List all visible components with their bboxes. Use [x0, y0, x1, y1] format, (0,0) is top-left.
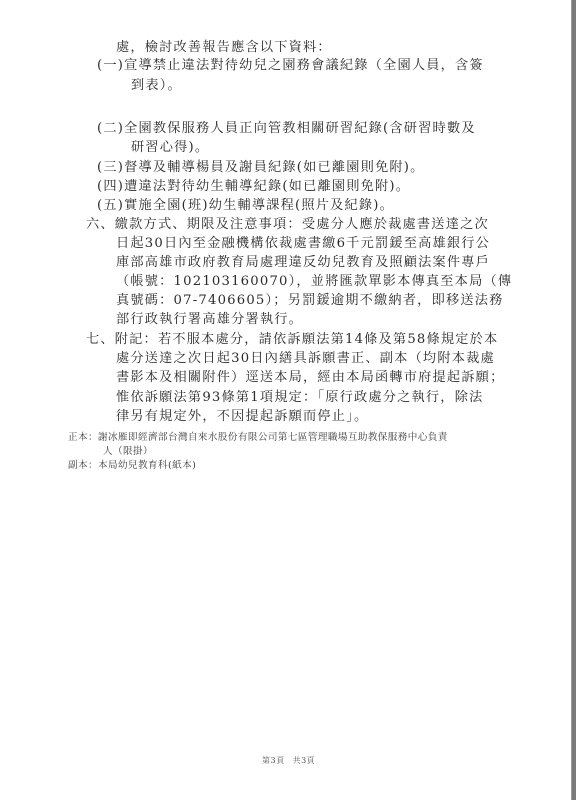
list-item-2: (二)全園教保服務人員正向管教相關研習紀錄(含研習時數及: [97, 120, 476, 138]
original-text: 謝冰雁即經濟部台灣自來水股份有限公司第七區管理職場互助教保服務中心負責: [98, 432, 448, 443]
list-item-1: (一)宣導禁止違法對待幼兒之園務會議紀錄（全園人員，含簽: [97, 57, 484, 75]
section-7: 七、附記：若不服本處分，請依訴願法第14條及第58條規定於本: [86, 331, 498, 349]
item-label: (二): [97, 121, 124, 136]
section-text: 繳款方式、期限及注意事項：受處分人應於裁處書送達之次: [115, 217, 489, 232]
section-7-line-2: 處分送達之次日起30日內繕具訴願書正、副本（均附本裁處: [116, 350, 495, 368]
page-total: 共3頁: [293, 756, 316, 765]
copy-text: 本局幼兒教育科(紙本): [98, 460, 196, 471]
list-item-2-cont: 研習心得)。: [131, 139, 209, 157]
item-text: 督導及輔導楊員及謝員紀錄(如已離園則免附)。: [124, 160, 424, 175]
item-label: (四): [97, 179, 124, 194]
item-text: 遭違法對待幼生輔導紀錄(如已離園則免附)。: [124, 179, 410, 194]
page-footer: 第3頁共3頁: [262, 755, 323, 766]
list-item-1-cont: 到表）。: [131, 77, 182, 95]
section-7-line-5: 律另有規定外，不因提起訴願而停止」。: [116, 408, 368, 426]
copy-label: 副本：: [68, 460, 98, 471]
original-recipient: 正本：謝冰雁即經濟部台灣自來水股份有限公司第七區管理職場互助教保服務中心負責: [68, 431, 448, 445]
section-7-line-3: 書影本及相關附件）逕送本局，經由本局函轉市府提起訴願；: [116, 369, 504, 387]
document-page: 處，檢討改善報告應含以下資料： (一)宣導禁止違法對待幼兒之園務會議紀錄（全園人…: [0, 0, 572, 800]
section-label: 七、: [86, 332, 115, 347]
item-label: (五): [97, 198, 124, 213]
list-item-3: (三)督導及輔導楊員及謝員紀錄(如已離園則免附)。: [97, 159, 425, 177]
original-recipient-cont: 人（限掛）: [103, 445, 153, 459]
section-6-line-4: （帳號：102103160070），並將匯款單影本傳真至本局（傳: [116, 273, 512, 291]
section-6-line-5: 真號碼：07-7406605）；另罰鍰逾期不繳納者，即移送法務: [116, 292, 504, 310]
copy-recipient: 副本：本局幼兒教育科(紙本): [68, 459, 196, 473]
list-item-4: (四)遭違法對待幼生輔導紀錄(如已離園則免附)。: [97, 178, 410, 196]
item-text: 實施全園(班)幼生輔導課程(照片及紀錄)。: [124, 198, 394, 213]
page-current: 第3頁: [262, 756, 285, 765]
viewer-edge-border: [571, 0, 576, 800]
section-6-line-6: 部行政執行署高雄分署執行。: [116, 311, 303, 329]
intro-line: 處，檢討改善報告應含以下資料：: [116, 39, 332, 57]
item-label: (一): [97, 58, 124, 73]
list-item-5: (五)實施全園(班)幼生輔導課程(照片及紀錄)。: [97, 197, 394, 215]
section-7-line-4: 惟依訴願法第93條第1項規定：「原行政處分之執行，除法: [116, 389, 483, 407]
original-label: 正本：: [68, 432, 98, 443]
item-text: 全園教保服務人員正向管教相關研習紀錄(含研習時數及: [124, 121, 476, 136]
section-6-line-3: 庫部高雄市政府教育局處理違反幼兒教育及照顧法案件專戶: [116, 254, 490, 272]
section-6-line-2: 日起30日內至金融機構依裁處書繳6千元罰鍰至高雄銀行公: [116, 235, 490, 253]
section-label: 六、: [86, 217, 115, 232]
section-text: 附記：若不服本處分，請依訴願法第14條及第58條規定於本: [115, 332, 499, 347]
item-text: 宣導禁止違法對待幼兒之園務會議紀錄（全園人員，含簽: [124, 58, 484, 73]
item-label: (三): [97, 160, 124, 175]
section-6: 六、繳款方式、期限及注意事項：受處分人應於裁處書送達之次: [86, 216, 489, 234]
